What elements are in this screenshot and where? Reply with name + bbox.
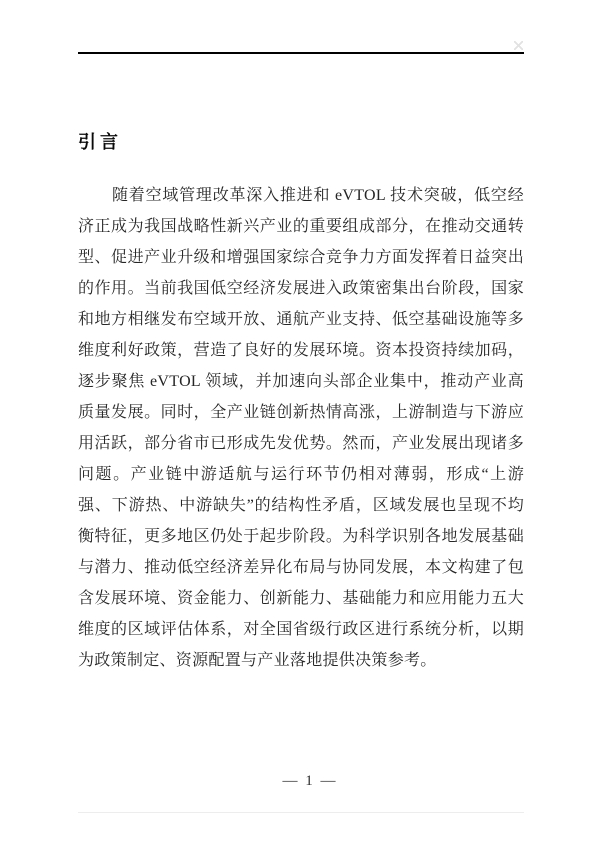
footer-rule	[78, 812, 524, 813]
document-page: 引言 随着空域管理改革深入推进和 eVTOL 技术突破，低空经济正成为我国战略性…	[0, 0, 595, 841]
page-number: — 1 —	[78, 773, 524, 790]
header-rule	[78, 52, 524, 54]
intro-paragraph: 随着空域管理改革深入推进和 eVTOL 技术突破，低空经济正成为我国战略性新兴产…	[78, 180, 524, 676]
section-heading: 引言	[78, 128, 122, 154]
scan-artifact-mark	[514, 41, 523, 50]
